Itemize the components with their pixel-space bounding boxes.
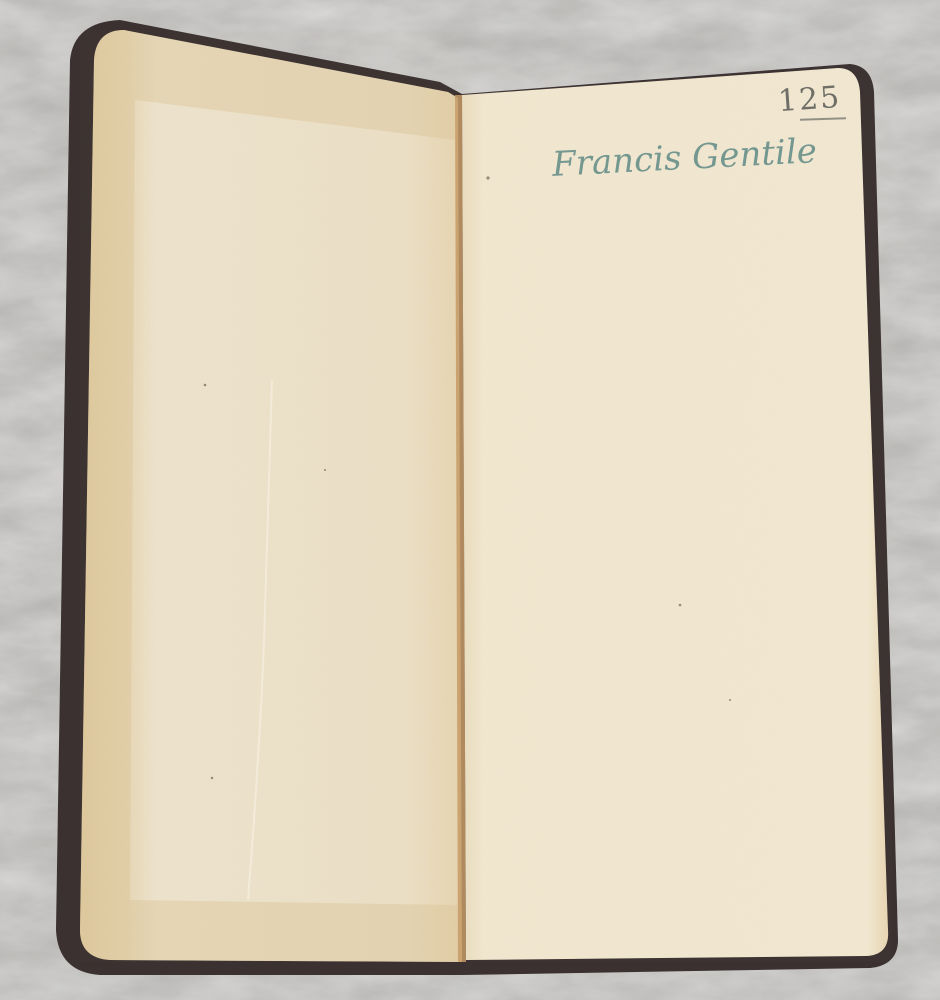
photo-scene (0, 0, 940, 1000)
